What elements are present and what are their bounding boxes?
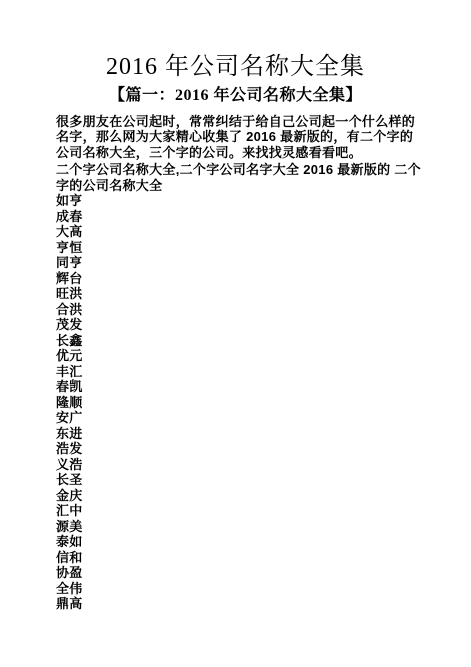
company-name-list: 如亨 成春 大高 亨恒 同亨 辉台 旺洪 合洪 茂发 长鑫 优元 丰汇 春凯 隆…	[56, 193, 421, 612]
page-title: 2016 年公司名称大全集	[0, 53, 471, 82]
company-name-item: 优元	[56, 348, 421, 364]
company-name-item: 亨恒	[56, 240, 421, 256]
company-name-item: 安广	[56, 410, 421, 426]
company-name-item: 茂发	[56, 317, 421, 333]
company-name-item: 大高	[56, 224, 421, 240]
document-page: 2016 年公司名称大全集 【篇一：2016 年公司名称大全集】 很多朋友在公司…	[0, 0, 471, 667]
company-name-item: 长圣	[56, 472, 421, 488]
document-body: 很多朋友在公司起时，常常纠结于给自己公司起一个什么样的名字，那么网为大家精心收集…	[0, 105, 471, 612]
company-name-item: 东进	[56, 426, 421, 442]
company-name-item: 义浩	[56, 457, 421, 473]
company-name-item: 协盈	[56, 565, 421, 581]
company-name-item: 鼎高	[56, 596, 421, 612]
company-name-item: 春凯	[56, 379, 421, 395]
company-name-item: 成春	[56, 209, 421, 225]
company-name-item: 同亨	[56, 255, 421, 271]
company-name-item: 辉台	[56, 271, 421, 287]
company-name-item: 隆顺	[56, 395, 421, 411]
company-name-item: 全伟	[56, 581, 421, 597]
section-heading: 【篇一：2016 年公司名称大全集】	[0, 86, 471, 105]
company-name-item: 如亨	[56, 193, 421, 209]
company-name-item: 信和	[56, 550, 421, 566]
company-name-item: 长鑫	[56, 333, 421, 349]
company-name-item: 源美	[56, 519, 421, 535]
company-name-item: 泰如	[56, 534, 421, 550]
company-name-item: 浩发	[56, 441, 421, 457]
section-line: 二个字公司名称大全,二个字公司名字大全 2016 最新版的 二个字的公司名称大全	[56, 162, 421, 193]
company-name-item: 旺洪	[56, 286, 421, 302]
company-name-item: 金庆	[56, 488, 421, 504]
company-name-item: 合洪	[56, 302, 421, 318]
intro-paragraph: 很多朋友在公司起时，常常纠结于给自己公司起一个什么样的名字，那么网为大家精心收集…	[56, 114, 421, 161]
company-name-item: 汇中	[56, 503, 421, 519]
company-name-item: 丰汇	[56, 364, 421, 380]
